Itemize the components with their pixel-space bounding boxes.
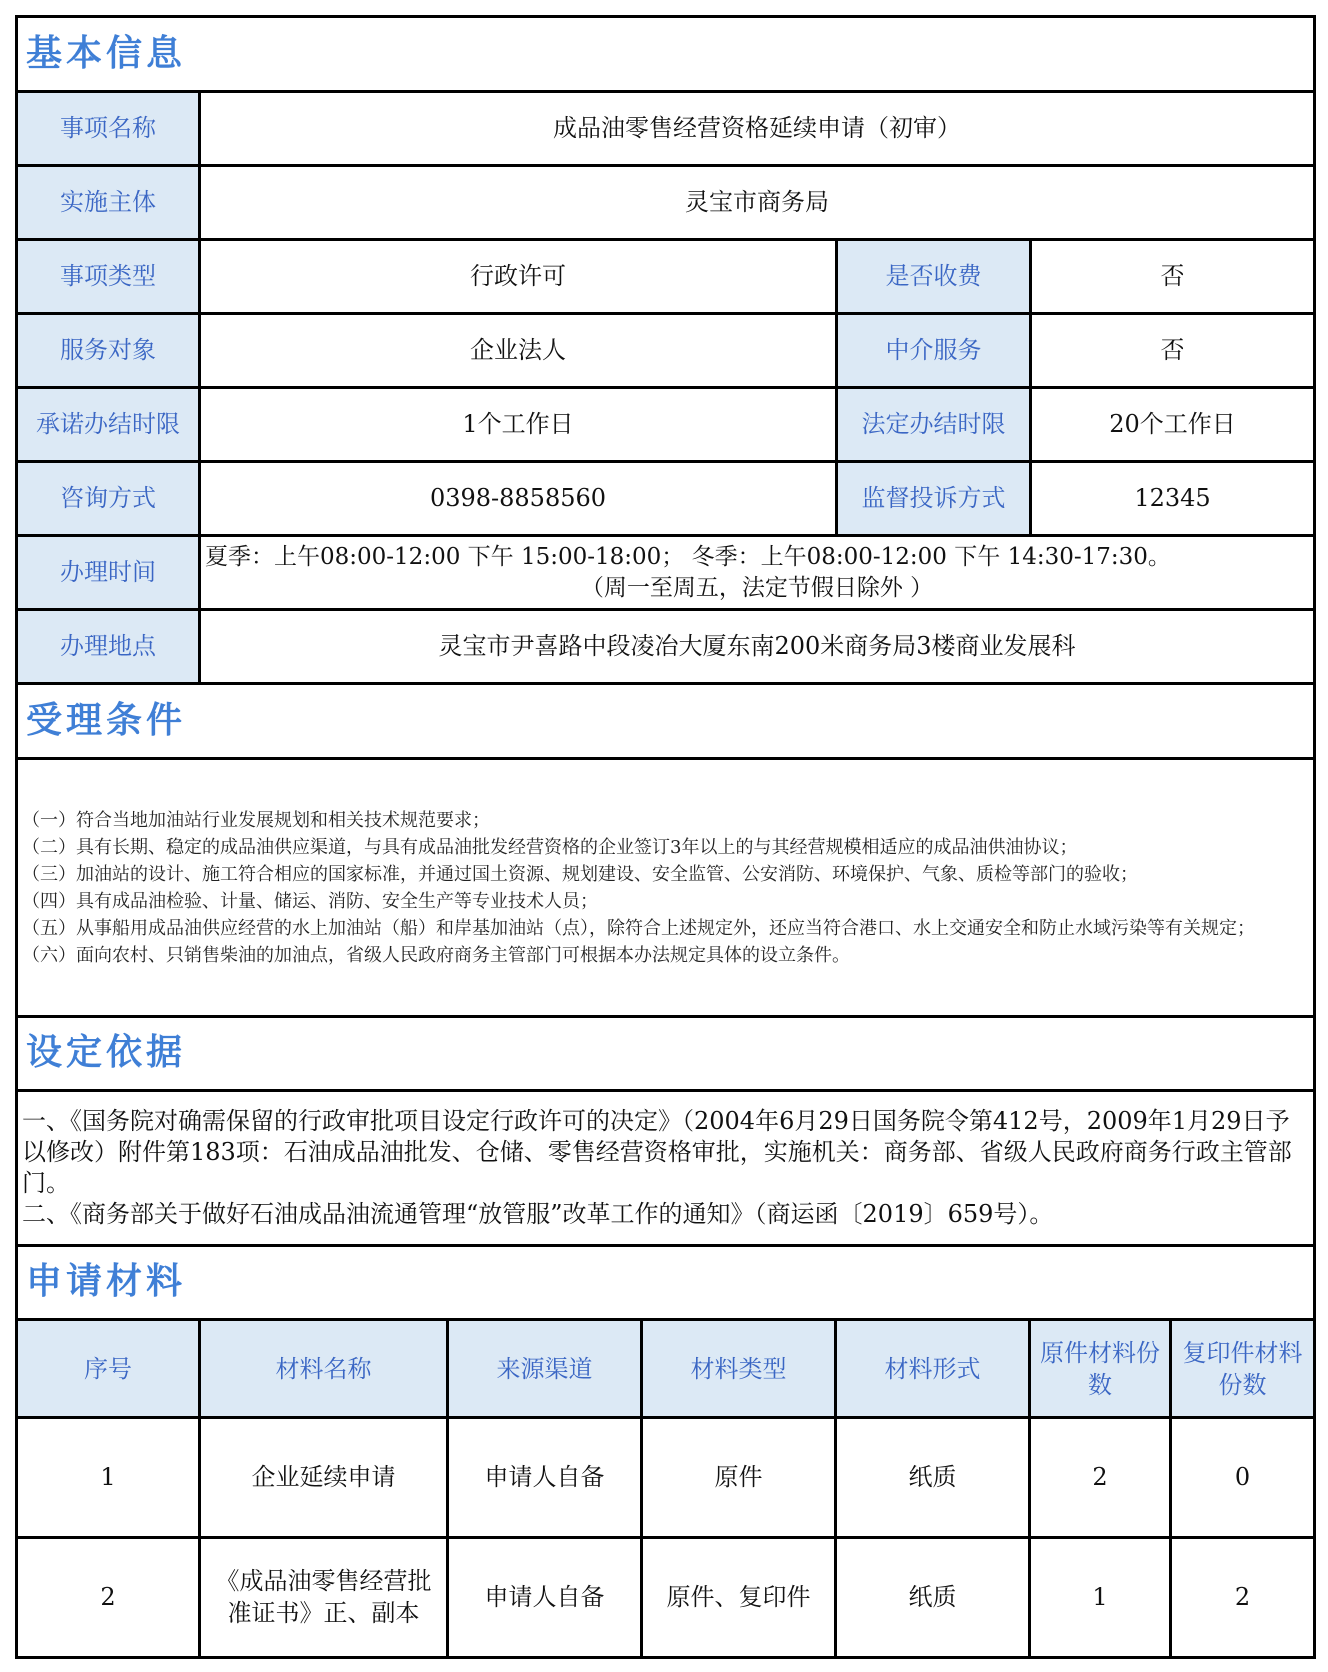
col-header-source: 来源渠道 xyxy=(448,1320,642,1418)
consult-phone: 0398-8858560 xyxy=(200,462,837,536)
basis-item: 一、《国务院对确需保留的行政审批项目设定行政许可的决定》（2004年6月29日国… xyxy=(22,1106,1309,1199)
condition-item: （二）具有长期、稳定的成品油供应渠道，与具有成品油批发经营资格的企业签订3年以上… xyxy=(22,834,1309,861)
hours-line-2: （周一至周五，法定节假日除外 ） xyxy=(205,573,1309,604)
intermediary-label: 中介服务 xyxy=(837,314,1031,388)
materials-table: 序号 材料名称 来源渠道 材料类型 材料形式 原件材料份数 复印件材料份数 1 … xyxy=(15,1318,1316,1659)
item-type-label: 事项类型 xyxy=(17,240,200,314)
section-title-materials: 申请材料 xyxy=(17,1246,1315,1320)
col-header-index: 序号 xyxy=(17,1320,200,1418)
section-title-basis: 设定依据 xyxy=(17,1017,1315,1091)
col-header-form: 材料形式 xyxy=(836,1320,1030,1418)
table-row: 2 《成品油零售经营批准证书》正、副本 申请人自备 原件、复印件 纸质 1 2 xyxy=(17,1538,1315,1658)
location-value: 灵宝市尹喜路中段凌冶大厦东南200米商务局3楼商业发展科 xyxy=(200,610,1315,684)
target-value: 企业法人 xyxy=(200,314,837,388)
cell-copy-count: 2 xyxy=(1171,1538,1315,1658)
consult-label: 咨询方式 xyxy=(17,462,200,536)
cell-form: 纸质 xyxy=(836,1538,1030,1658)
materials-header-row: 序号 材料名称 来源渠道 材料类型 材料形式 原件材料份数 复印件材料份数 xyxy=(17,1320,1315,1418)
legal-limit-label: 法定办结时限 xyxy=(837,388,1031,462)
basis-item: 二、《商务部关于做好石油成品油流通管理“放管服”改革工作的通知》（商运函〔201… xyxy=(22,1199,1309,1230)
condition-item: （六）面向农村、只销售柴油的加油点，省级人民政府商务主管部门可根据本办法规定具体… xyxy=(22,942,1309,969)
legal-limit-value: 20个工作日 xyxy=(1031,388,1315,462)
hours-label: 办理时间 xyxy=(17,536,200,610)
col-header-original-count: 原件材料份数 xyxy=(1030,1320,1171,1418)
complaint-label: 监督投诉方式 xyxy=(837,462,1031,536)
cell-original-count: 1 xyxy=(1030,1538,1171,1658)
complaint-phone: 12345 xyxy=(1031,462,1315,536)
agency-value: 灵宝市商务局 xyxy=(200,166,1315,240)
col-header-copy-count: 复印件材料份数 xyxy=(1171,1320,1315,1418)
fee-label: 是否收费 xyxy=(837,240,1031,314)
cell-source: 申请人自备 xyxy=(448,1418,642,1538)
cell-index: 2 xyxy=(17,1538,200,1658)
promised-limit-label: 承诺办结时限 xyxy=(17,388,200,462)
col-header-type: 材料类型 xyxy=(642,1320,836,1418)
cell-form: 纸质 xyxy=(836,1418,1030,1538)
target-label: 服务对象 xyxy=(17,314,200,388)
basic-info-table: 基本信息 事项名称 成品油零售经营资格延续申请（初审） 实施主体 灵宝市商务局 … xyxy=(15,15,1316,1321)
cell-name: 《成品油零售经营批准证书》正、副本 xyxy=(200,1538,448,1658)
cell-original-count: 2 xyxy=(1030,1418,1171,1538)
item-type-value: 行政许可 xyxy=(200,240,837,314)
cell-type: 原件、复印件 xyxy=(642,1538,836,1658)
conditions-list: （一）符合当地加油站行业发展规划和相关技术规范要求； （二）具有长期、稳定的成品… xyxy=(17,759,1315,1017)
intermediary-value: 否 xyxy=(1031,314,1315,388)
cell-index: 1 xyxy=(17,1418,200,1538)
table-row: 1 企业延续申请 申请人自备 原件 纸质 2 0 xyxy=(17,1418,1315,1538)
basis-list: 一、《国务院对确需保留的行政审批项目设定行政许可的决定》（2004年6月29日国… xyxy=(17,1091,1315,1246)
hours-line-1: 夏季：上午08:00-12:00 下午 15:00-18:00； 冬季：上午08… xyxy=(205,542,1309,573)
fee-value: 否 xyxy=(1031,240,1315,314)
section-title-conditions: 受理条件 xyxy=(17,684,1315,759)
item-name-value: 成品油零售经营资格延续申请（初审） xyxy=(200,92,1315,166)
cell-copy-count: 0 xyxy=(1171,1418,1315,1538)
location-label: 办理地点 xyxy=(17,610,200,684)
condition-item: （四）具有成品油检验、计量、储运、消防、安全生产等专业技术人员； xyxy=(22,888,1309,915)
condition-item: （一）符合当地加油站行业发展规划和相关技术规范要求； xyxy=(22,807,1309,834)
section-title-basic-info: 基本信息 xyxy=(17,17,1315,92)
cell-source: 申请人自备 xyxy=(448,1538,642,1658)
agency-label: 实施主体 xyxy=(17,166,200,240)
cell-name: 企业延续申请 xyxy=(200,1418,448,1538)
condition-item: （三）加油站的设计、施工符合相应的国家标准，并通过国土资源、规划建设、安全监管、… xyxy=(22,861,1309,888)
item-name-label: 事项名称 xyxy=(17,92,200,166)
condition-item: （五）从事船用成品油供应经营的水上加油站（船）和岸基加油站（点），除符合上述规定… xyxy=(22,915,1309,942)
col-header-name: 材料名称 xyxy=(200,1320,448,1418)
service-guide-sheet: 基本信息 事项名称 成品油零售经营资格延续申请（初审） 实施主体 灵宝市商务局 … xyxy=(15,15,1313,1659)
hours-value: 夏季：上午08:00-12:00 下午 15:00-18:00； 冬季：上午08… xyxy=(200,536,1315,610)
promised-limit-value: 1个工作日 xyxy=(200,388,837,462)
cell-type: 原件 xyxy=(642,1418,836,1538)
